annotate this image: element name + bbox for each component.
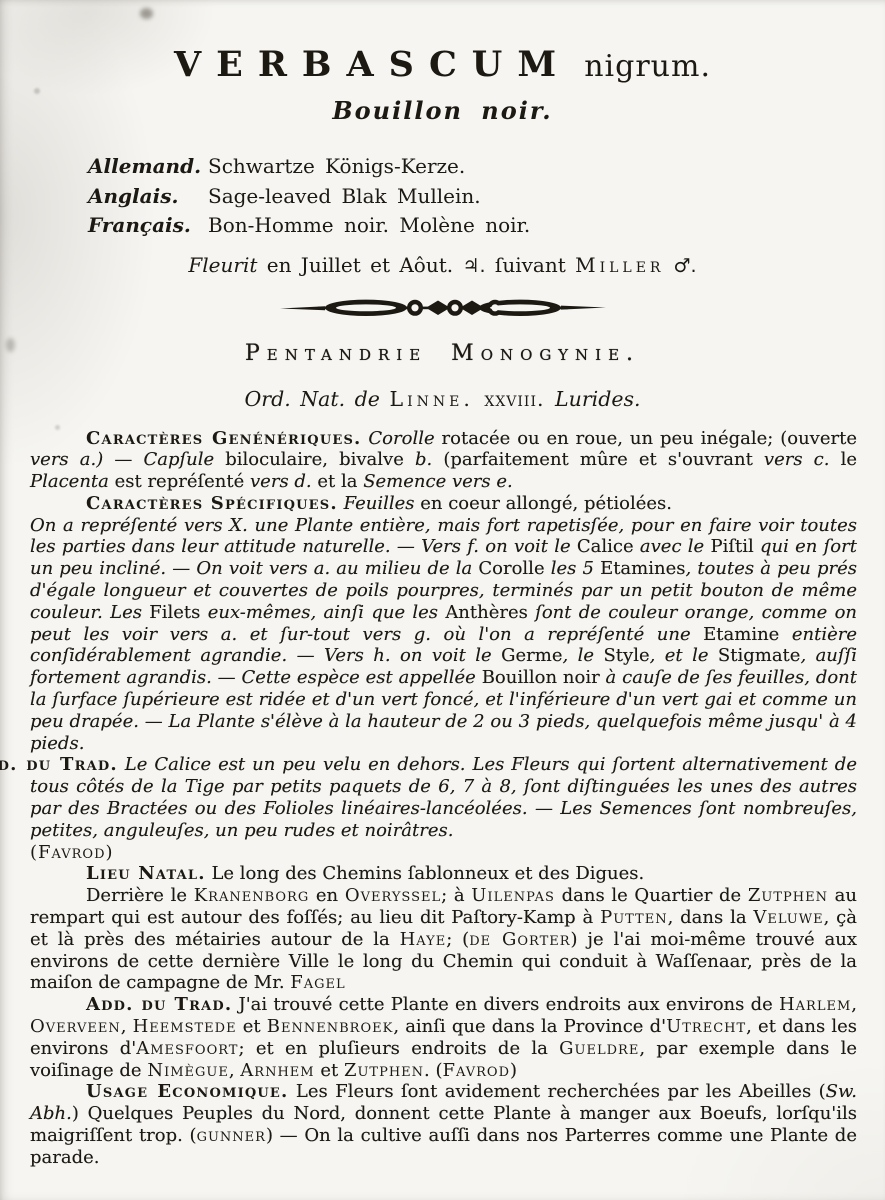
text-segment: Le Calice est un peu velu en dehors. Les… (30, 754, 857, 840)
text-segment: vers c. (764, 449, 830, 470)
text-segment: Bennenbroek (267, 1016, 394, 1037)
paragraph-generic-characters: Caractères Genénériques. Corolle rotacée… (30, 428, 857, 493)
text-segment: Fagel (290, 972, 345, 993)
text-segment: dans le Quartier de (555, 885, 748, 906)
text-segment: Uilenpas (471, 885, 555, 906)
text-segment: Bouillon noir (482, 667, 600, 688)
body-text: Caractères Genénériques. Corolle rotacée… (30, 428, 857, 1169)
text-segment: Semence vers e. (363, 471, 513, 492)
paragraph-translator-addition-2: Add. du Trad. J'ai trouvé cette Plante e… (30, 994, 857, 1081)
text-segment: Les Fleurs ſont avidement recherchées pa… (288, 1081, 825, 1102)
text-segment: Putten (600, 907, 668, 928)
text-segment: ♃. (462, 255, 485, 277)
text-segment: Utrecht (666, 1016, 746, 1037)
genus-name: VERBASCUM (174, 44, 571, 85)
text-segment: , (121, 1016, 133, 1037)
text-segment: Amesfoort (136, 1038, 238, 1059)
text-segment: , et le (650, 645, 718, 666)
text-segment: ; ( (446, 929, 469, 950)
text-segment: Filets (149, 602, 200, 623)
vernacular-name: Sage-leaved Blak Mullein. (208, 184, 481, 208)
text-segment: Arnhem (240, 1060, 314, 1081)
paragraph-lieu-natal: Lieu Natal. Le long des Chemins ſablonne… (30, 863, 857, 885)
text-segment: Zutphen (748, 885, 828, 906)
vernacular-name-row-german: Allemand.Schwartze Königs-Kerze. (88, 152, 885, 182)
text-segment: Anthères (445, 602, 528, 623)
text-segment: en coeur allongé, pétiolées. (415, 493, 673, 514)
text-segment: Caractères Genénériques. (86, 428, 362, 449)
text-segment: , le (562, 645, 603, 666)
text-segment: , ainſi que dans la Province d' (393, 1016, 666, 1037)
vernacular-name: Bon-Homme noir. Molène noir. (208, 213, 530, 237)
vernacular-names-list: Allemand.Schwartze Königs-Kerze. Anglais… (88, 152, 885, 241)
text-segment: Overyssel (345, 885, 441, 906)
page-title: VERBASCUM nigrum. (0, 44, 885, 85)
text-segment: Veluwe (753, 907, 823, 928)
text-segment: Germe (501, 645, 562, 666)
scan-speck (55, 425, 60, 430)
text-segment: Ord. Nat. de (244, 387, 389, 411)
text-segment: Overveen (30, 1016, 121, 1037)
scan-speck (34, 88, 40, 94)
vernacular-name-row-english: Anglais.Sage-leaved Blak Mullein. (88, 182, 885, 212)
text-segment: , dans la (668, 907, 754, 928)
text-segment: Fleurit (188, 253, 266, 277)
paragraph-specific-characters: Caractères Spécifiques. Feuilles en coeu… (30, 493, 857, 515)
text-segment: Le long des Chemins ſablonneux et des Di… (206, 863, 644, 884)
text-segment: les 5 (545, 558, 600, 579)
text-segment: Etamine (703, 624, 779, 645)
text-segment: J'ai trouvé cette Plante en divers endro… (232, 994, 779, 1015)
text-segment: est repréſenté (109, 471, 250, 492)
flowering-line: Fleurit en Juillet et Aôut. ♃. ſuivant M… (0, 253, 885, 277)
text-segment: eux-mêmes, ainſi que les (200, 602, 445, 623)
text-segment: Favrod (443, 1060, 511, 1081)
text-segment: et la (312, 471, 364, 492)
text-segment: Etamines (600, 558, 685, 579)
natural-order-line: Ord. Nat. de Linne. xxviii. Lurides. (0, 387, 885, 411)
paragraph-translator-addition-1: Add. du Trad. Le Calice est un peu velu … (30, 754, 857, 841)
paragraph-habitat: Derrière le Kranenborg en Overyssel; à U… (30, 885, 857, 994)
text-segment: , (229, 1060, 240, 1081)
language-label: Français. (88, 211, 208, 241)
scan-speck (140, 8, 153, 19)
ornament-rule-graphic (278, 294, 608, 322)
text-segment: Zutphen (344, 1060, 424, 1081)
text-segment: ♂. (664, 255, 696, 277)
text-segment: Haye (400, 929, 447, 950)
text-segment: Caractères Spécifiques. (86, 493, 338, 514)
text-segment: ; à (441, 885, 471, 906)
text-segment: Add. du Trad. (0, 754, 118, 775)
language-label: Allemand. (88, 152, 208, 182)
ornament-divider (0, 294, 885, 324)
vernacular-name-row-french: Français.Bon-Homme noir. Molène noir. (88, 211, 885, 241)
vernacular-name: Schwartze Königs-Kerze. (208, 154, 465, 178)
text-segment: Derrière le (86, 885, 194, 906)
text-segment: Piſtil (710, 536, 753, 557)
text-segment: Corolle (362, 428, 435, 449)
text-segment: Harlem (779, 994, 851, 1015)
text-segment: Add. du Trad. (86, 994, 232, 1015)
text-segment: vers d. (250, 471, 312, 492)
text-segment: — (103, 449, 143, 470)
text-segment: le (829, 449, 857, 470)
text-segment: ) (510, 1060, 517, 1081)
text-segment: , (851, 994, 857, 1015)
classification-title: Pentandrie Monogynie. (0, 341, 885, 366)
text-segment: Nimègue (147, 1060, 229, 1081)
text-segment: Style (603, 645, 649, 666)
text-segment: Feuilles (338, 493, 415, 514)
text-segment: en (309, 885, 345, 906)
text-segment: (parfaitement mûre et s'ouvrant (432, 449, 764, 470)
text-segment: en Juillet et Aôut. (267, 253, 463, 277)
text-segment: Kranenborg (194, 885, 310, 906)
text-segment: Lurides. (555, 387, 640, 411)
attribution-favrod: (Favrod) (30, 842, 857, 864)
text-segment: (Favrod) (30, 842, 114, 863)
text-segment: Corolle (478, 558, 544, 579)
vernacular-title: Bouillon noir. (0, 96, 885, 125)
species-name: nigrum. (584, 49, 711, 84)
text-segment: et (237, 1016, 267, 1037)
text-segment: gunner (197, 1125, 266, 1146)
language-label: Anglais. (88, 182, 208, 212)
text-segment: b. (415, 449, 432, 470)
text-segment: biloculaire, bivalve (214, 449, 415, 470)
text-segment: vers a.) (30, 449, 103, 470)
text-segment: Capſule (143, 449, 214, 470)
text-segment: ; et en pluſieurs endroits de la (238, 1038, 559, 1059)
text-segment: et (315, 1060, 344, 1081)
text-segment: de Gorter (469, 929, 570, 950)
text-segment: avec le (634, 536, 711, 557)
text-segment: Heemstede (133, 1016, 237, 1037)
text-segment: ſuivant (486, 253, 576, 277)
text-segment: . ( (424, 1060, 442, 1081)
text-segment: Gueldre (559, 1038, 639, 1059)
text-segment: Usage Economique. (86, 1081, 288, 1102)
text-segment: Linne. (389, 387, 473, 411)
text-segment: xxviii. (474, 387, 555, 411)
scanned-book-page: VERBASCUM nigrum. Bouillon noir. Alleman… (0, 0, 885, 1200)
text-segment: Lieu Natal. (86, 863, 206, 884)
text-segment: Placenta (30, 471, 109, 492)
paragraph-usage-economique: Usage Economique. Les Fleurs ſont avidem… (30, 1081, 857, 1168)
text-segment: Stigmate (718, 645, 801, 666)
text-segment: Calice (577, 536, 634, 557)
paragraph-plate-description: On a repréſenté vers X. une Plante entiè… (30, 515, 857, 755)
scan-speck (6, 338, 15, 352)
text-segment: rotacée ou en roue, un peu inégale; (ouv… (435, 428, 857, 449)
text-segment: Miller (575, 253, 664, 277)
